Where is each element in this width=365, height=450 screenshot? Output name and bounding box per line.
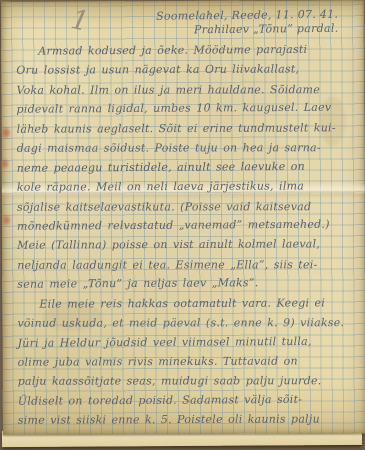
stain (2, 160, 8, 168)
letter-line: sime vist siiski enne k. 5. Poistele oli… (18, 410, 358, 431)
letter-line: mõnedkümned relvastatud „vanemad” metsam… (17, 214, 357, 236)
letter-line: olime juba valmis rivis minekuks. Tuttav… (18, 351, 358, 372)
letter-line: Meie (Tallinna) poisse on vist ainult ko… (17, 235, 357, 256)
letter-line: Oru lossist ja usun nägevat ka Oru liiva… (16, 60, 356, 81)
letter-page: 1 Soomelahel, Reede, 11. 07. 41. Prahila… (1, 0, 365, 435)
letter-line: sena meie „Tõnu” ja neljas laev „Maks”. (17, 273, 357, 295)
letter-line: Eile meie reis hakkas ootamatult vara. K… (17, 293, 357, 314)
letter-body: Armsad kodused ja õeke. Möödume parajast… (16, 40, 358, 430)
letter-line: pidevalt ranna ligidal, umbes 10 km. kau… (16, 98, 356, 120)
scanned-letter-photo: 1 Soomelahel, Reede, 11. 07. 41. Prahila… (0, 0, 365, 450)
letter-line: läheb kaunis aeglaselt. Sõit ei erine tu… (17, 118, 357, 139)
letter-line: kole räpane. Meil on neli laeva järjesti… (17, 176, 357, 197)
dateline: Soomelahel, Reede, 11. 07. 41. Prahilaev… (156, 8, 339, 37)
stain (3, 216, 10, 225)
letter-line: Armsad kodused ja õeke. Möödume parajast… (16, 40, 356, 62)
letter-line: Üldiselt on toredad poisid. Sadamast väl… (18, 389, 358, 411)
letter-line: Jüri ja Heldur jõudsid veel viimasel min… (17, 331, 357, 353)
letter-line: palju kaassõitjate seas, muidugi saab pa… (18, 372, 358, 392)
letter-line: dagi maismaa sõidust. Poiste tuju on hea… (17, 138, 357, 158)
letter-line: võinud uskuda, et meid päeval (s.t. enne… (17, 313, 357, 333)
page-number-mark: 1 (68, 4, 91, 38)
stain (3, 128, 10, 138)
letter-line: sõjalise kaitselaevastikuta. (Poisse vai… (17, 197, 357, 217)
letter-line: neme peaaegu turistidele, ainult see lae… (17, 156, 357, 178)
dateline-ship: Prahilaev „Tõnu” pardal. (156, 21, 338, 37)
dateline-place-date: Soomelahel, Reede, 11. 07. 41. (156, 8, 338, 24)
